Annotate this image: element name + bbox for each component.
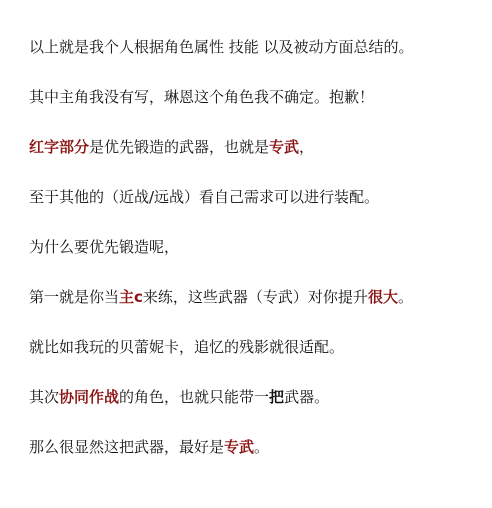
paragraph-7: 就比如我玩的贝蕾妮卡，追忆的残影就很适配。 [29,336,479,358]
highlight-text: 主c [119,288,143,306]
text-segment: 第一就是你当 [29,288,119,306]
paragraph-2: 其中主角我没有写，琳恩这个角色我不确定。抱歉！ [29,86,479,108]
bold-text: 把 [269,388,284,406]
highlight-text: 协同作战 [59,388,119,406]
text-segment: ， [299,138,314,156]
text-segment: 来练，这些武器（专武）对你提升 [143,288,368,306]
text-segment: 为什么要优先锻造呢， [29,238,179,256]
paragraph-3: 红字部分是优先锻造的武器，也就是专武， [29,136,479,158]
text-segment: 。 [398,288,413,306]
paragraph-4: 至于其他的（近战/远战）看自己需求可以进行装配。 [29,186,479,208]
text-segment: 。 [254,438,269,456]
text-segment: 至于其他的（近战/远战）看自己需求可以进行装配。 [29,188,379,206]
text-segment: 的角色，也就只能带一 [119,388,269,406]
document-body: 以上就是我个人根据角色属性 技能 以及被动方面总结的。 其中主角我没有写，琳恩这… [29,36,479,486]
text-segment: 其中主角我没有写，琳恩这个角色我不确定。抱歉！ [29,88,374,106]
text-segment: 武器。 [284,388,329,406]
paragraph-1: 以上就是我个人根据角色属性 技能 以及被动方面总结的。 [29,36,479,58]
highlight-text: 红字部分 [29,138,89,156]
highlight-text: 很大 [368,288,398,306]
paragraph-8: 其次协同作战的角色，也就只能带一把武器。 [29,386,479,408]
text-segment: 就比如我玩的贝蕾妮卡，追忆的残影就很适配。 [29,338,344,356]
paragraph-9: 那么很显然这把武器，最好是专武。 [29,436,479,458]
highlight-text: 专武 [269,138,299,156]
text-segment: 其次 [29,388,59,406]
text-segment: 以上就是我个人根据角色属性 技能 以及被动方面总结的。 [29,38,414,56]
text-segment: 是优先锻造的武器，也就是 [89,138,269,156]
paragraph-5: 为什么要优先锻造呢， [29,236,479,258]
text-segment: 那么很显然这把武器，最好是 [29,438,224,456]
paragraph-6: 第一就是你当主c来练，这些武器（专武）对你提升很大。 [29,286,479,308]
highlight-text: 专武 [224,438,254,456]
